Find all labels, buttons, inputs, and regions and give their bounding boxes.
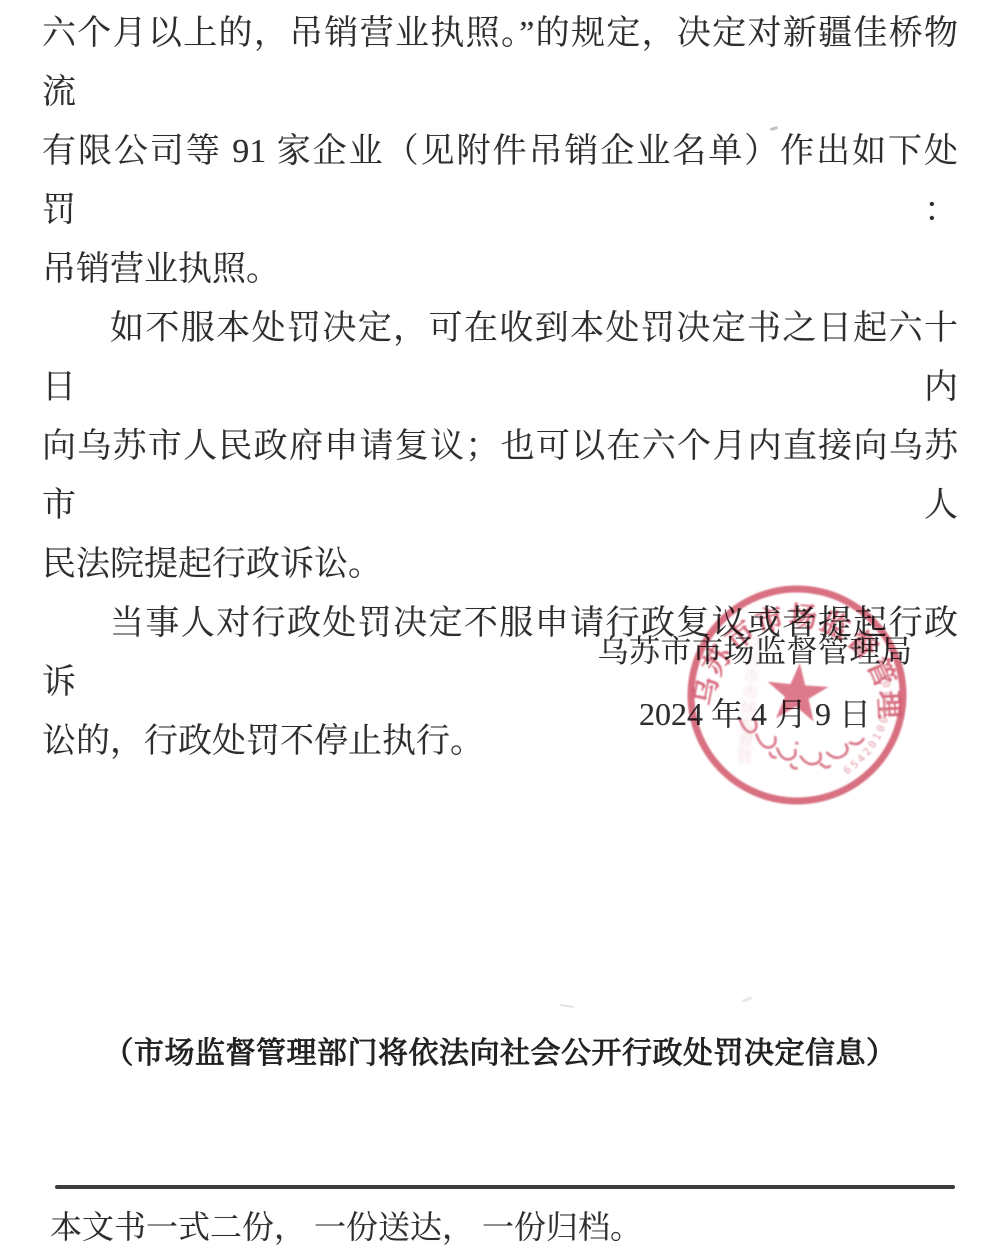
body-line-2: 有限公司等 91 家企业（见附件吊销企业名单）作出如下处罚： xyxy=(42,122,958,240)
body-line-4: 如不服本处罚决定，可在收到本处罚决定书之日起六十日内 xyxy=(42,299,958,417)
body-line-5: 向乌苏市人民政府申请复议；也可以在六个月内直接向乌苏市人 xyxy=(42,417,958,535)
copies-note: 本文书一式二份， 一份送达， 一份归档。 xyxy=(50,1204,970,1250)
scan-speck xyxy=(742,996,752,1002)
scan-speck xyxy=(560,1004,574,1008)
body-line-3: 吊销营业执照。 xyxy=(42,240,958,299)
official-seal-stamp-icon: 乌苏市市场监督管理局 6542010070102 乌苏市市场监 xyxy=(653,551,941,839)
public-disclosure-note: （市场监督管理部门将依法向社会公开行政处罚决定信息） xyxy=(0,1028,1000,1072)
body-line-1: 六个月以上的，吊销营业执照。”的规定，决定对新疆佳桥物流 xyxy=(42,4,958,122)
footer-divider xyxy=(55,1185,955,1189)
seal-star-icon xyxy=(764,660,830,722)
scanned-document-page: 六个月以上的，吊销营业执照。”的规定，决定对新疆佳桥物流 有限公司等 91 家企… xyxy=(0,0,1000,1252)
